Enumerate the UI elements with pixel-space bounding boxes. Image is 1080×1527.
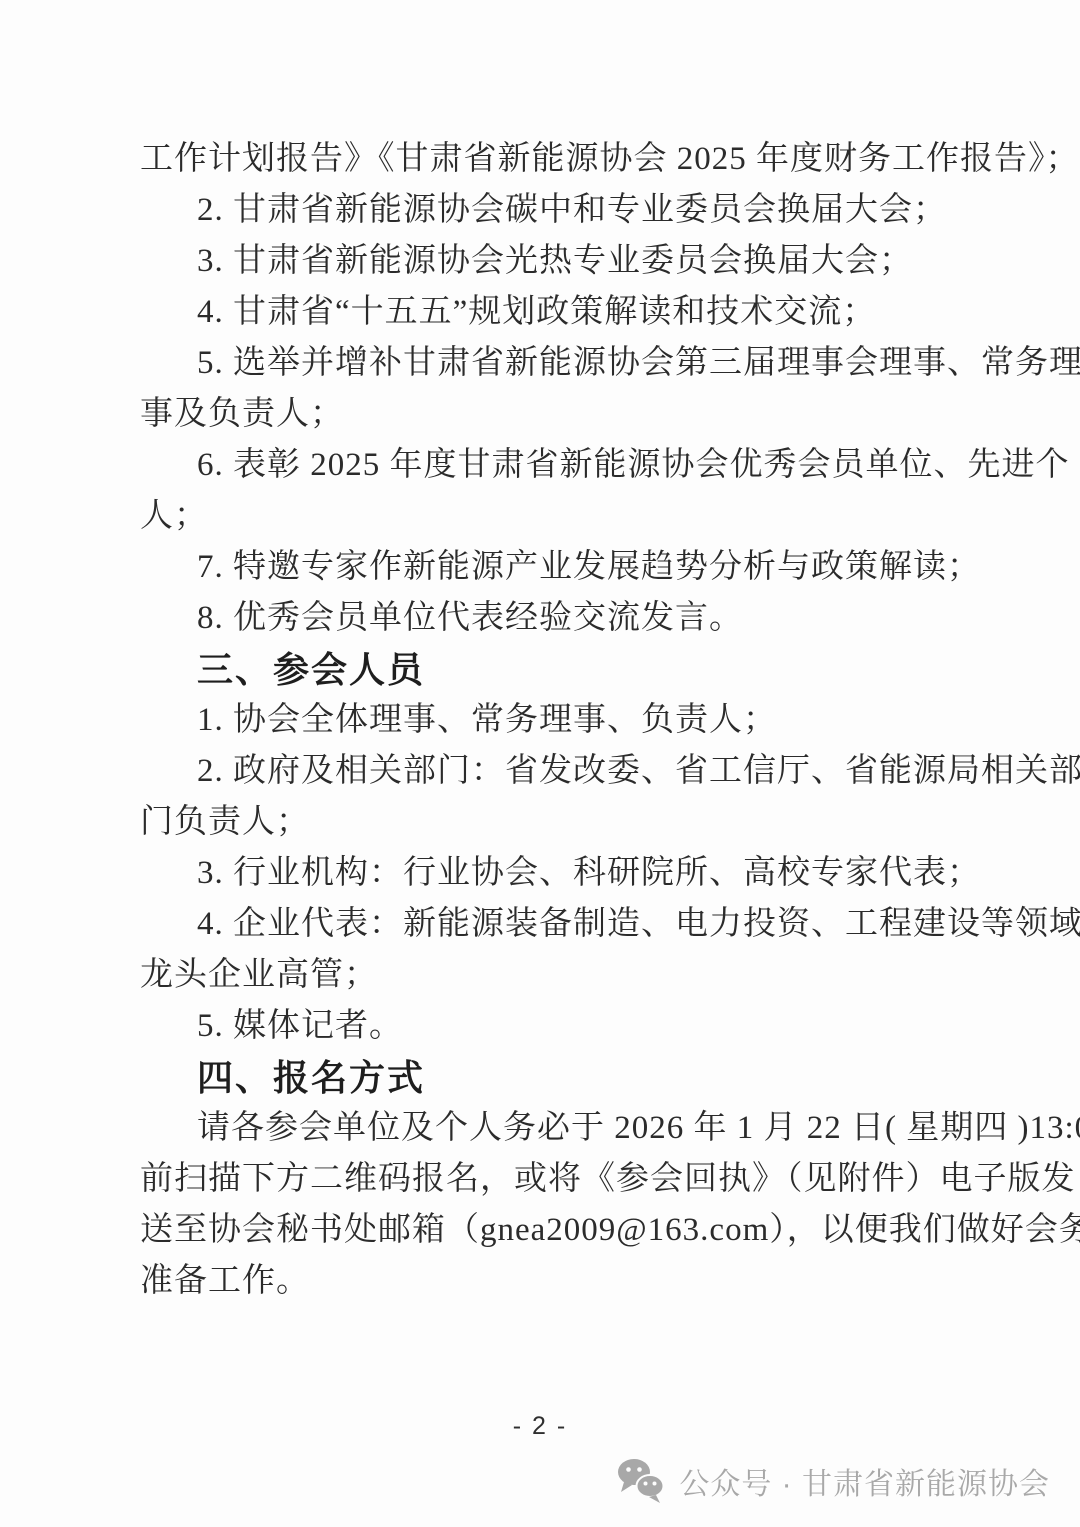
doc-line: 前扫描下方二维码报名，或将《参会回执》（见附件）电子版发 — [140, 1154, 970, 1205]
doc-line: 龙头企业高管； — [140, 950, 970, 1001]
document-page: 工作计划报告》《甘肃省新能源协会 2025 年度财务工作报告》； 2. 甘肃省新… — [0, 0, 1080, 1527]
doc-line: 人； — [140, 491, 970, 542]
doc-line-attendee-item-4: 4. 企业代表：新能源装备制造、电力投资、工程建设等领域 — [140, 899, 970, 950]
page-number: - 2 - — [0, 1412, 1080, 1441]
wechat-watermark: 公众号 · 甘肃省新能源协会 — [617, 1458, 1050, 1504]
section-heading-registration: 四、报名方式 — [140, 1052, 970, 1103]
doc-line-agenda-item-2: 2. 甘肃省新能源协会碳中和专业委员会换届大会； — [140, 185, 970, 236]
wechat-icon — [617, 1458, 665, 1504]
doc-line: 门负责人； — [140, 797, 970, 848]
doc-line-attendee-item-1: 1. 协会全体理事、常务理事、负责人； — [140, 695, 970, 746]
doc-line: 工作计划报告》《甘肃省新能源协会 2025 年度财务工作报告》； — [140, 134, 970, 185]
doc-line-attendee-item-3: 3. 行业机构：行业协会、科研院所、高校专家代表； — [140, 848, 970, 899]
doc-line-agenda-item-7: 7. 特邀专家作新能源产业发展趋势分析与政策解读； — [140, 542, 970, 593]
watermark-label: 公众号 · 甘肃省新能源协会 — [679, 1459, 1050, 1503]
doc-line-agenda-item-4: 4. 甘肃省“十五五”规划政策解读和技术交流； — [140, 287, 970, 338]
doc-line-agenda-item-3: 3. 甘肃省新能源协会光热专业委员会换届大会； — [140, 236, 970, 287]
doc-line-agenda-item-6: 6. 表彰 2025 年度甘肃省新能源协会优秀会员单位、先进个 — [140, 440, 970, 491]
doc-line-attendee-item-5: 5. 媒体记者。 — [140, 1001, 970, 1052]
doc-line-registration: 请各参会单位及个人务必于 2026 年 1 月 22 日( 星期四 )13:00 — [140, 1103, 970, 1154]
doc-line-attendee-item-2: 2. 政府及相关部门：省发改委、省工信厅、省能源局相关部 — [140, 746, 970, 797]
doc-line-agenda-item-8: 8. 优秀会员单位代表经验交流发言。 — [140, 593, 970, 644]
section-heading-attendees: 三、参会人员 — [140, 644, 970, 695]
doc-line-agenda-item-5: 5. 选举并增补甘肃省新能源协会第三届理事会理事、常务理 — [140, 338, 970, 389]
doc-line: 事及负责人； — [140, 389, 970, 440]
doc-line: 准备工作。 — [140, 1256, 970, 1307]
doc-line-email: 送至协会秘书处邮箱（gnea2009@163.com），以便我们做好会务 — [140, 1205, 970, 1256]
document-body: 工作计划报告》《甘肃省新能源协会 2025 年度财务工作报告》； 2. 甘肃省新… — [140, 134, 970, 1307]
